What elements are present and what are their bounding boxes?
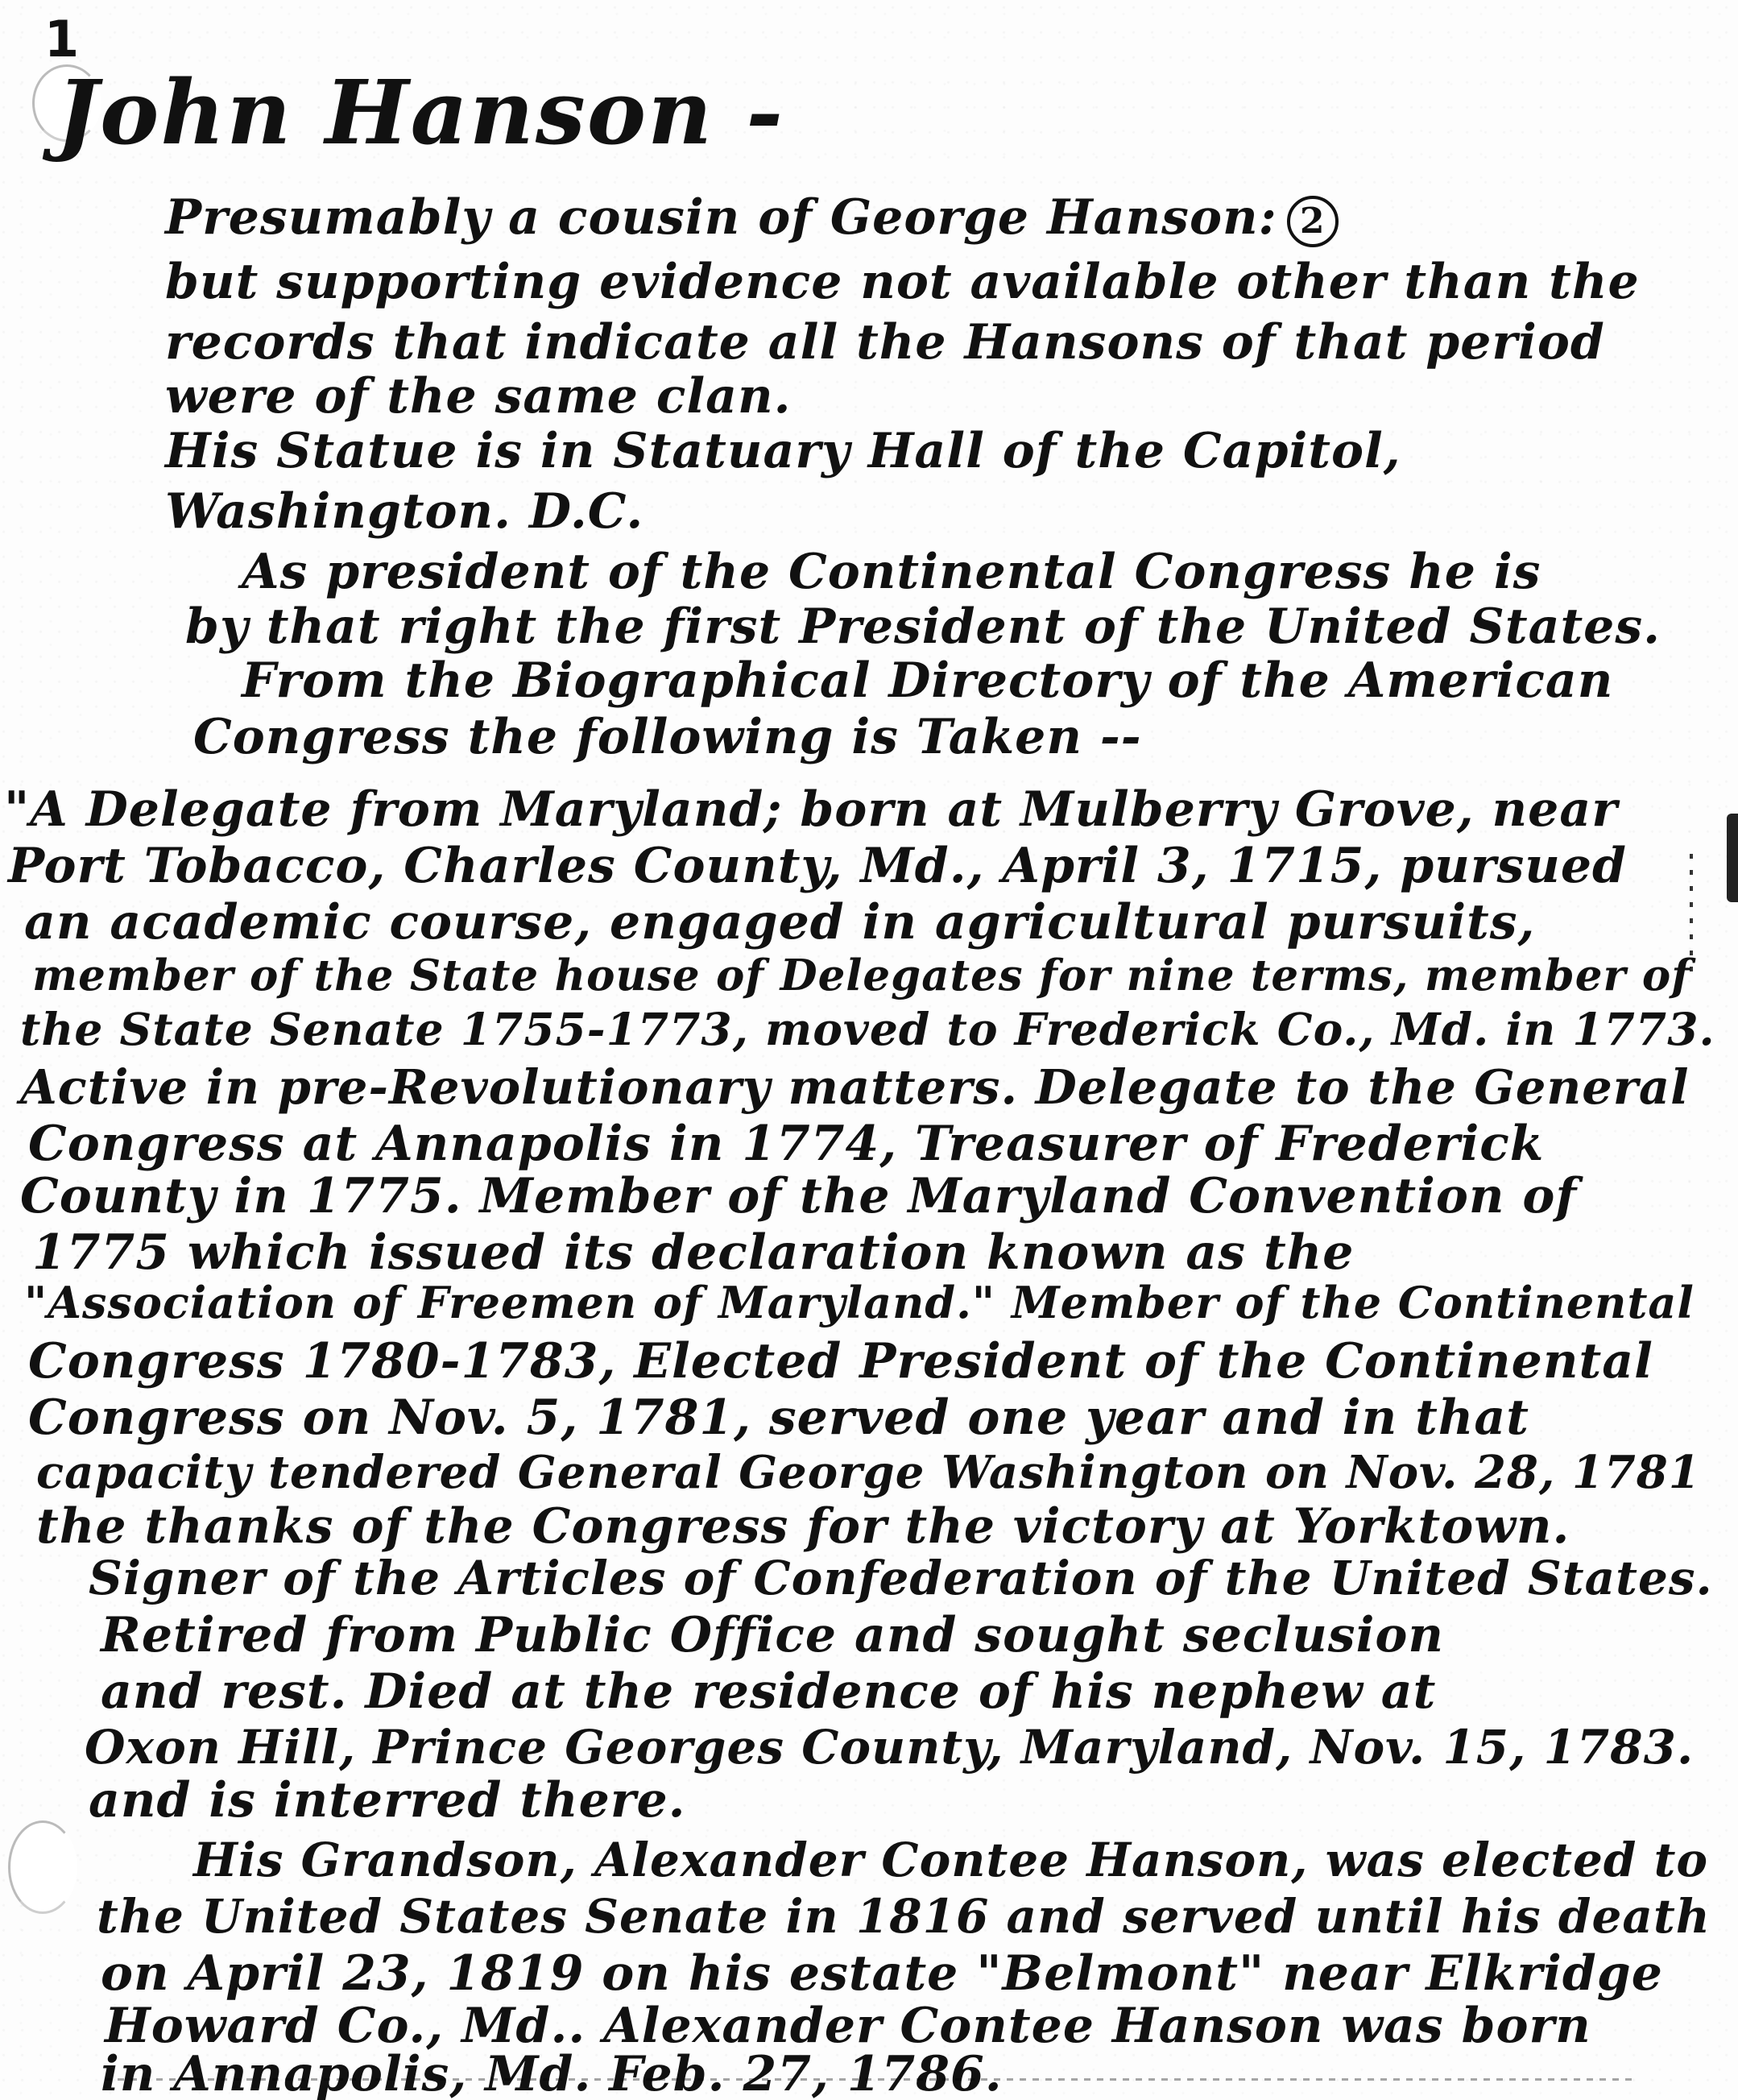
intro-line: were of the same clan. [165, 372, 792, 420]
punch-hole-bottom [8, 1820, 77, 1914]
intro-line: by that right the first President of the… [185, 603, 1661, 651]
intro-line: As president of the Continental Congress… [242, 548, 1541, 596]
quote-line: Congress at Annapolis in 1774, Treasurer… [28, 1120, 1544, 1168]
quote-line: the State Senate 1755-1773, moved to Fre… [20, 1007, 1715, 1051]
quote-line: 1775 which issued its declaration known … [32, 1228, 1354, 1277]
intro-line: His Statue is in Statuary Hall of the Ca… [165, 427, 1401, 475]
grandson-line: His Grandson, Alexander Contee Hanson, w… [193, 1837, 1708, 1883]
handwritten-page: 1 John Hanson - Presumably a cousin of G… [0, 0, 1738, 2100]
intro-line: From the Biographical Directory of the A… [242, 657, 1613, 705]
footnote-marker: 2 [1287, 196, 1339, 247]
quote-line: Port Tobacco, Charles County, Md., April… [8, 842, 1627, 890]
quote-line: and rest. Died at the residence of his n… [101, 1667, 1436, 1716]
quote-line: Active in pre-Revolutionary matters. Del… [20, 1063, 1690, 1111]
quote-line: "A Delegate from Maryland; born at Mulbe… [4, 785, 1618, 834]
intro-line: but supporting evidence not available ot… [165, 258, 1640, 306]
scan-artifact-dashes [105, 2078, 1635, 2081]
quote-line: Oxon Hill, Prince Georges County, Maryla… [85, 1724, 1694, 1771]
quote-line: the thanks of the Congress for the victo… [36, 1502, 1570, 1551]
grandson-line: on April 23, 1819 on his estate "Belmont… [101, 1949, 1663, 1998]
intro-line: records that indicate all the Hansons of… [165, 318, 1605, 367]
grandson-line: Howard Co., Md.. Alexander Contee Hanson… [105, 2002, 1591, 2050]
intro-line: Washington. D.C. [165, 487, 643, 536]
intro-line: Presumably a cousin of George Hanson:2 [165, 193, 1339, 247]
intro-text: Presumably a cousin of George Hanson: [165, 189, 1277, 246]
edge-binding-mark [1727, 814, 1738, 902]
quote-line: Signer of the Articles of Confederation … [89, 1555, 1713, 1601]
quote-line: Congress on Nov. 5, 1781, served one yea… [28, 1394, 1529, 1442]
quote-line: County in 1775. Member of the Maryland C… [20, 1172, 1577, 1220]
document-title: John Hanson - [56, 60, 784, 164]
quote-line: member of the State house of Delegates f… [32, 955, 1690, 997]
intro-line: Congress the following is Taken -- [193, 713, 1142, 761]
grandson-line: in Annapolis, Md. Feb. 27, 1786. [101, 2050, 1003, 2098]
quote-line: and is interred there. [89, 1776, 686, 1825]
quote-line: "Association of Freemen of Maryland." Me… [24, 1281, 1695, 1324]
quote-line: Congress 1780-1783, Elected President of… [28, 1337, 1653, 1386]
quote-line: capacity tendered General George Washing… [36, 1450, 1701, 1495]
quote-line: Retired from Public Office and sought se… [101, 1611, 1444, 1659]
grandson-line: the United States Senate in 1816 and ser… [97, 1893, 1711, 1940]
quote-line: an academic course, engaged in agricultu… [24, 898, 1535, 946]
